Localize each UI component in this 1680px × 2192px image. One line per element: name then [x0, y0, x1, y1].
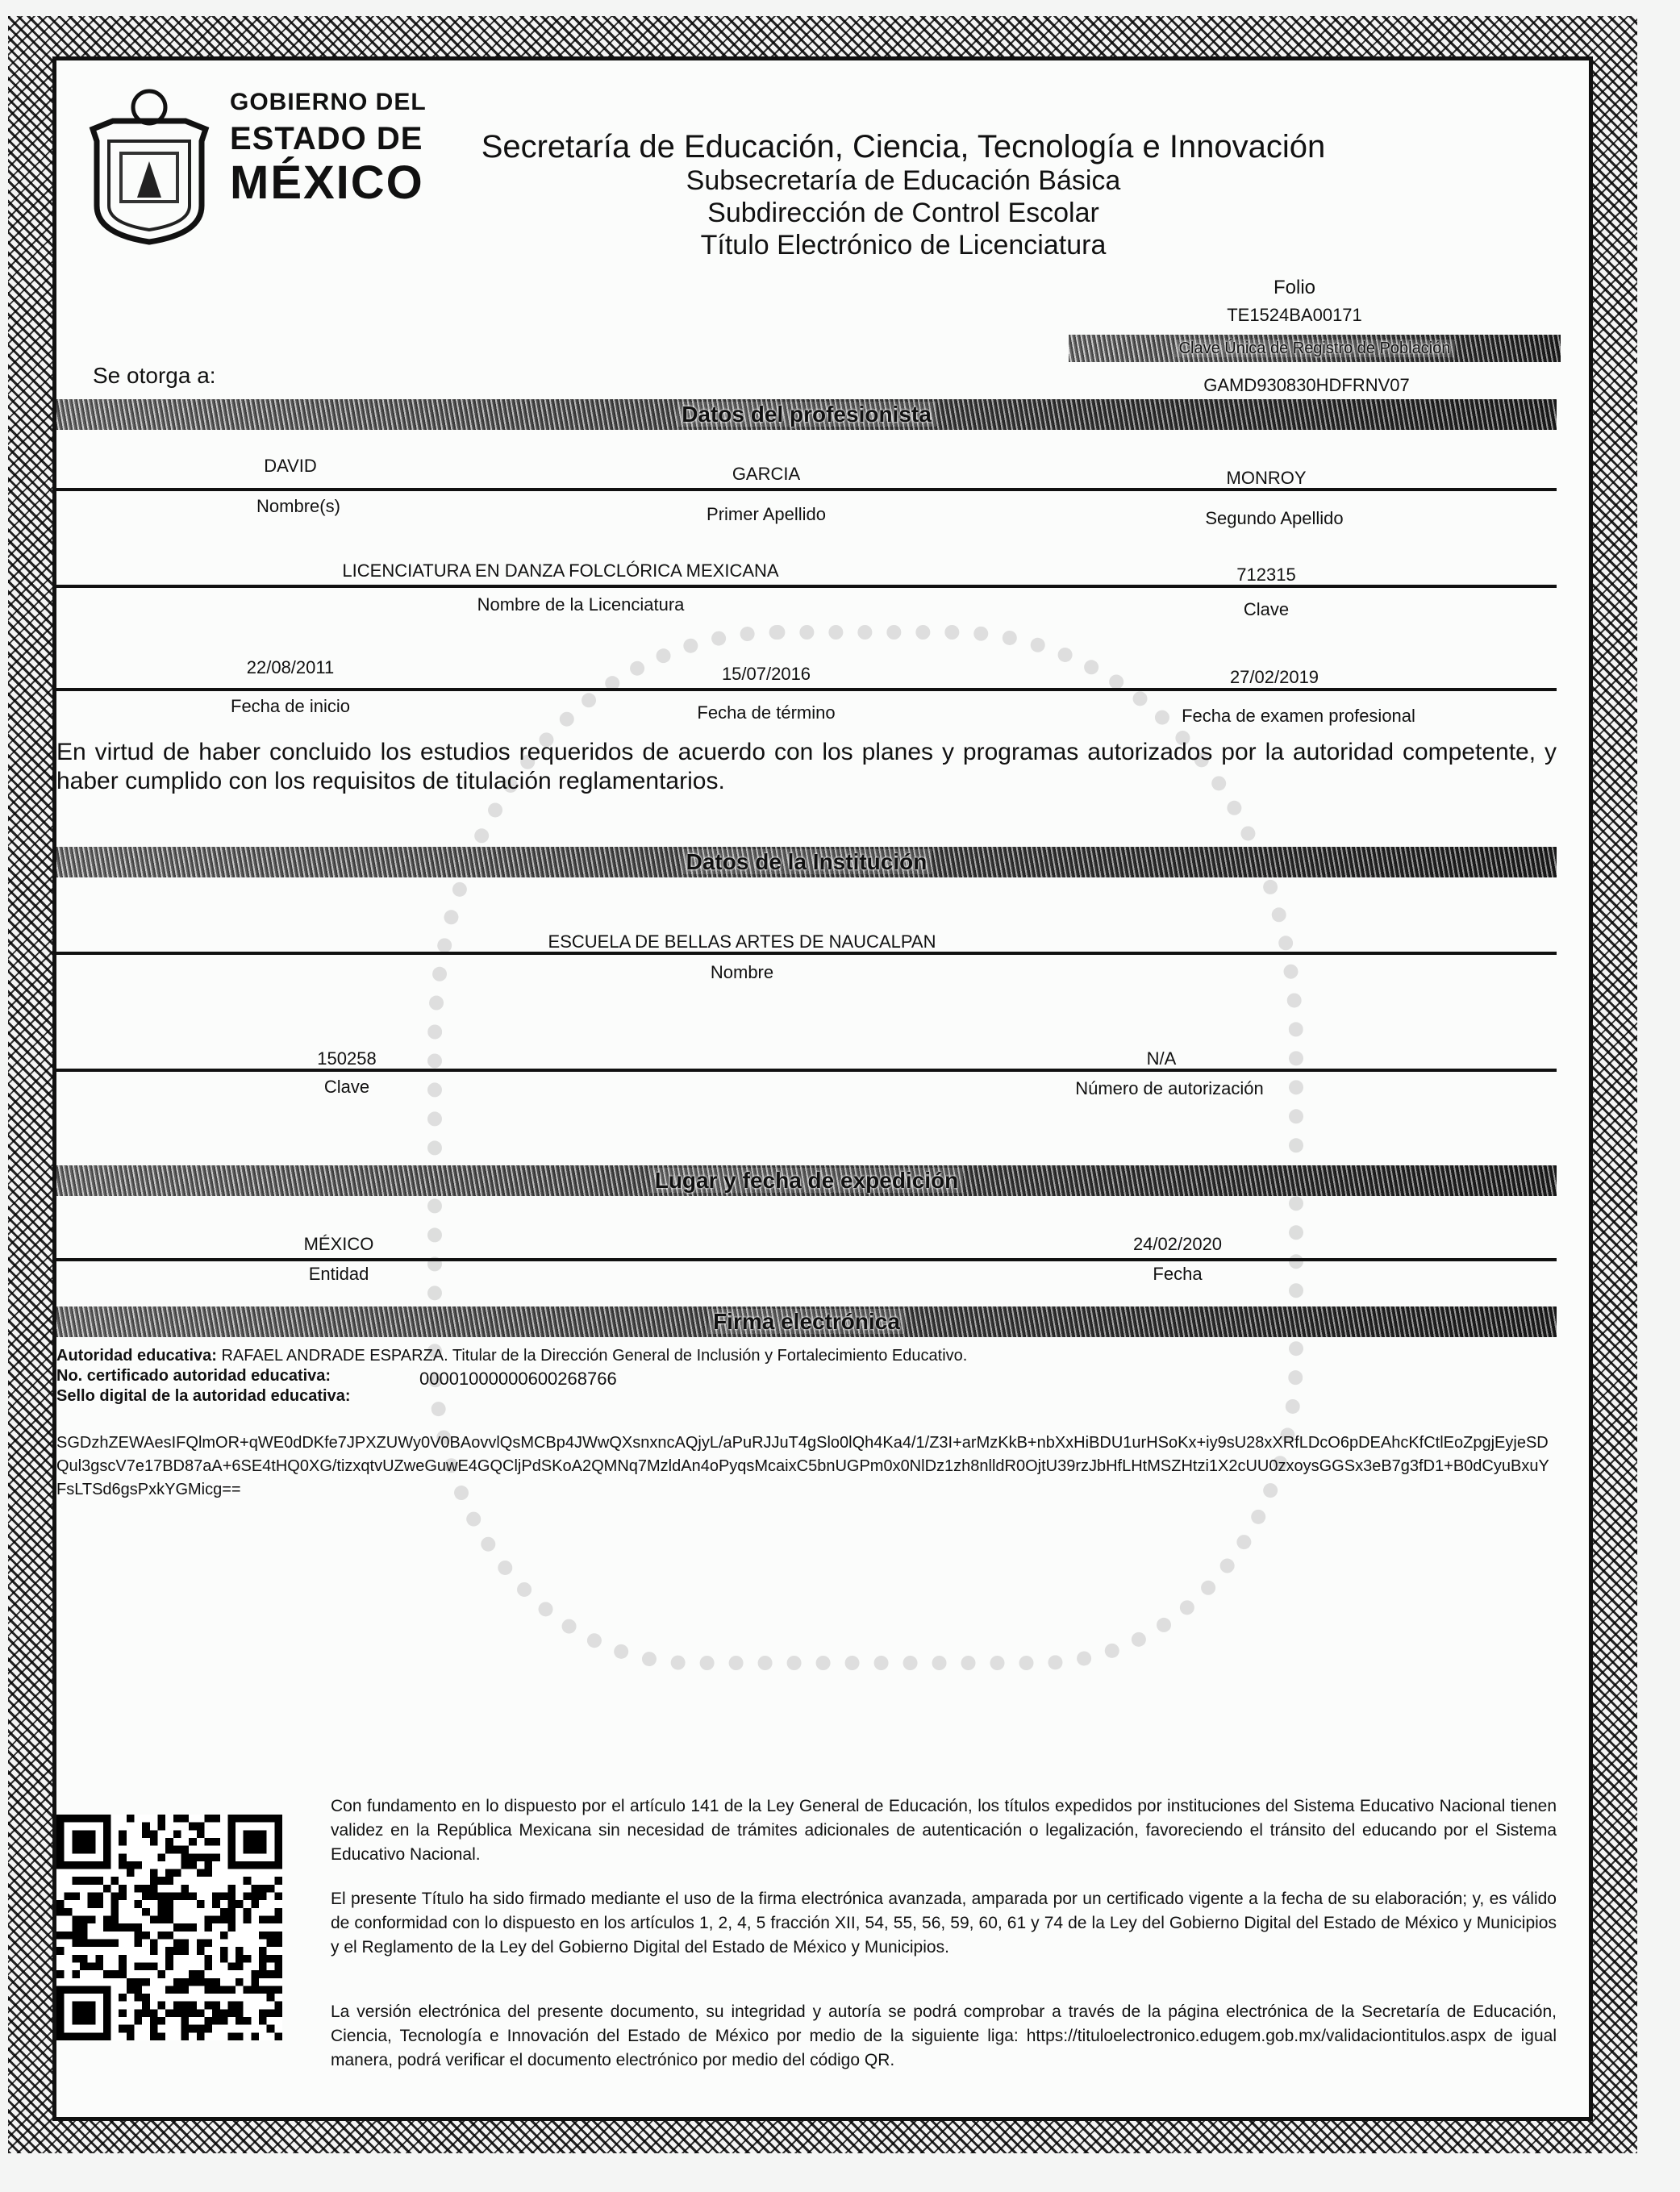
autoridad-value: RAFAEL ANDRADE ESPARZA. Titular de la Di… [221, 1347, 967, 1365]
primer-apellido-label: Primer Apellido [669, 504, 863, 525]
primer-apellido-value: GARCIA [686, 464, 847, 485]
certificado-label: No. certificado autoridad educativa: [56, 1367, 331, 1386]
section-institucion: Datos de la Institución [56, 847, 1557, 877]
nombre-value: DAVID [242, 456, 339, 477]
fecha-expedicion-label: Fecha [1129, 1264, 1226, 1285]
entidad-value: MÉXICO [290, 1234, 387, 1255]
divider [56, 585, 1557, 588]
certificado-value: 00001000000600268766 [419, 1369, 617, 1390]
subsecretaria-title: Subsecretaría de Educación Básica [444, 165, 1363, 197]
section-title: Lugar y fecha de expedición [650, 1168, 964, 1193]
se-otorga-label: Se otorga a: [93, 363, 216, 389]
title-document: GOBIERNO DEL ESTADO DE MÉXICO Secretaría… [52, 56, 1593, 2121]
institucion-clave-label: Clave [298, 1077, 395, 1098]
subdireccion-title: Subdirección de Control Escolar [444, 198, 1363, 229]
licenciatura-label: Nombre de la Licenciatura [419, 594, 742, 615]
fecha-inicio-label: Fecha de inicio [194, 696, 387, 717]
legal-paragraph-2: El presente Título ha sido firmado media… [331, 1887, 1557, 1960]
divider [56, 1069, 1557, 1072]
sello-digital-value: SGDzhZEWAesIFQlmOR+qWE0dDKfe7JPXZUWy0V0B… [56, 1431, 1557, 1502]
qr-code-icon[interactable] [56, 1815, 282, 2040]
secretaria-title: Secretaría de Educación, Ciencia, Tecnol… [379, 129, 1428, 165]
section-title: Datos de la Institución [682, 849, 932, 874]
curp-label: Clave Única de Registro de Población [1174, 340, 1456, 357]
divider [56, 688, 1557, 691]
government-line-1: GOBIERNO DEL [230, 89, 427, 116]
institucion-clave-value: 150258 [298, 1048, 395, 1069]
segundo-apellido-value: MONROY [1186, 468, 1347, 489]
divider [56, 488, 1557, 491]
institucion-nombre-value: ESCUELA DE BELLAS ARTES DE NAUCALPAN [540, 931, 944, 952]
entidad-label: Entidad [290, 1264, 387, 1285]
declaration-text: En virtud de haber concluido los estudio… [56, 738, 1557, 796]
section-title: Datos del profesionista [677, 402, 936, 427]
institucion-nombre-label: Nombre [661, 962, 823, 983]
licenciatura-value: LICENCIATURA EN DANZA FOLCLÓRICA MEXICAN… [298, 561, 823, 581]
sello-label: Sello digital de la autoridad educativa: [56, 1387, 351, 1406]
legal-paragraph-3: La versión electrónica del presente docu… [331, 2000, 1557, 2073]
fecha-examen-value: 27/02/2019 [1186, 667, 1363, 688]
divider [56, 952, 1557, 955]
fecha-inicio-value: 22/08/2011 [210, 657, 371, 678]
section-title: Firma electrónica [708, 1309, 905, 1334]
divider [56, 1258, 1557, 1261]
fecha-termino-value: 15/07/2016 [686, 664, 847, 685]
document-title: Título Electrónico de Licenciatura [444, 230, 1363, 261]
section-profesionista: Datos del profesionista [56, 399, 1557, 430]
curp-band: Clave Única de Registro de Población [1069, 335, 1561, 362]
legal-paragraph-1: Con fundamento en lo dispuesto por el ar… [331, 1794, 1557, 1867]
segundo-apellido-label: Segundo Apellido [1169, 508, 1379, 529]
folio-value: TE1524BA00171 [1186, 305, 1403, 326]
fecha-expedicion-value: 24/02/2020 [1105, 1234, 1250, 1255]
autoridad-line: Autoridad educativa: RAFAEL ANDRADE ESPA… [56, 1347, 967, 1365]
curp-value: GAMD930830HDFRNV07 [1105, 375, 1508, 396]
licenciatura-clave-value: 712315 [1186, 565, 1347, 586]
licenciatura-clave-label: Clave [1186, 599, 1347, 620]
section-firma: Firma electrónica [56, 1306, 1557, 1337]
section-expedicion: Lugar y fecha de expedición [56, 1165, 1557, 1196]
autoridad-label: Autoridad educativa: [56, 1347, 217, 1365]
folio-label: Folio [1214, 277, 1375, 299]
autorizacion-value: N/A [1121, 1048, 1202, 1069]
coat-of-arms-icon [81, 85, 218, 246]
nombre-label: Nombre(s) [218, 496, 379, 517]
fecha-examen-label: Fecha de examen profesional [1153, 706, 1444, 727]
autorizacion-label: Número de autorización [1040, 1078, 1299, 1099]
fecha-termino-label: Fecha de término [669, 702, 863, 723]
